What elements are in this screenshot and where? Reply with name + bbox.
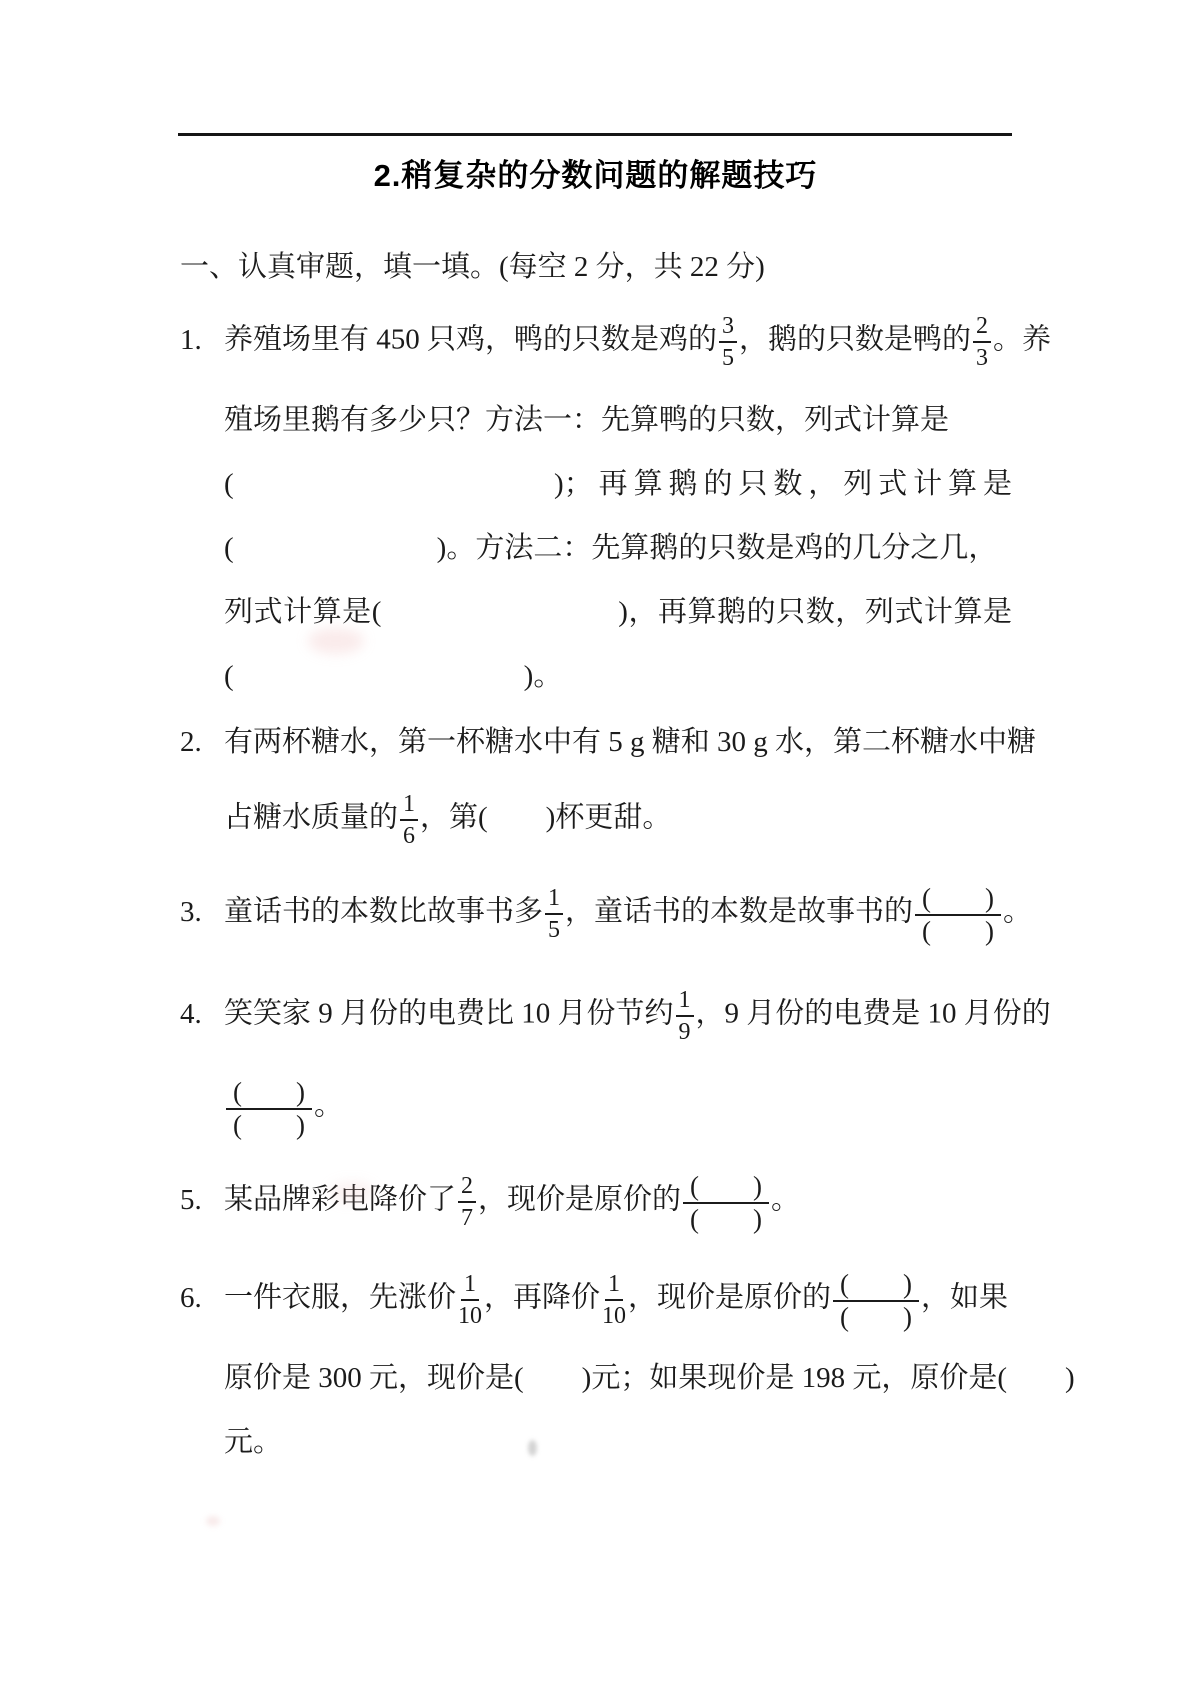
question-line: 4.笑笑家 9 月份的电费比 10 月份节约19，9 月份的电费是 10 月份的 bbox=[224, 970, 1012, 1062]
question: 3.童话书的本数比故事书多15，童话书的本数是故事书的( )( )。 bbox=[180, 868, 1012, 960]
question-line: ( )；再算鹅的只数，列式计算是 bbox=[224, 452, 1012, 516]
text-segment: ( )；再算鹅的只数，列式计算是 bbox=[224, 468, 1012, 500]
fraction: 110 bbox=[602, 1254, 626, 1346]
question: 4.笑笑家 9 月份的电费比 10 月份节约19，9 月份的电费是 10 月份的… bbox=[180, 970, 1012, 1154]
fraction-numerator: ( ) bbox=[915, 884, 1001, 916]
fraction-denominator: 6 bbox=[403, 821, 415, 850]
text-segment: 某品牌彩电降价了 bbox=[224, 1184, 456, 1216]
text-segment: ，现价是原价的 bbox=[478, 1184, 681, 1216]
question-line: 占糖水质量的16，第( )杯更甜。 bbox=[224, 774, 1012, 866]
text-segment: 元。 bbox=[224, 1426, 282, 1458]
text-segment: ，现价是原价的 bbox=[628, 1282, 831, 1314]
question-line: ( )。 bbox=[224, 644, 1012, 708]
fraction: 23 bbox=[973, 296, 991, 388]
text-segment: 列式计算是( )，再算鹅的只数，列式计算是 bbox=[224, 596, 1012, 628]
text-segment: ，如果 bbox=[921, 1282, 1008, 1314]
text-segment: 殖场里鹅有多少只？方法一：先算鸭的只数，列式计算是 bbox=[224, 404, 949, 436]
fraction-denominator: 5 bbox=[722, 343, 734, 372]
question-line: 2.有两杯糖水，第一杯糖水中有 5 g 糖和 30 g 水，第二杯糖水中糖 bbox=[224, 710, 1012, 774]
fraction: 27 bbox=[458, 1156, 476, 1248]
fraction-numerator: 1 bbox=[400, 790, 418, 821]
fraction-numerator: ( ) bbox=[226, 1078, 312, 1110]
blank-fraction: ( )( ) bbox=[915, 868, 1001, 960]
fraction-denominator: ( ) bbox=[690, 1204, 762, 1233]
fraction: 35 bbox=[719, 296, 737, 388]
question-line: 元。 bbox=[224, 1410, 1012, 1474]
text-segment: ( )。 bbox=[224, 660, 562, 692]
text-segment: ，童话书的本数是故事书的 bbox=[565, 896, 913, 928]
text-segment: 。 bbox=[771, 1184, 800, 1216]
fraction: 19 bbox=[676, 970, 694, 1062]
question-number: 6. bbox=[180, 1266, 224, 1330]
question: 6.一件衣服，先涨价110，再降价110，现价是原价的( )( )，如果原价是 … bbox=[180, 1254, 1012, 1474]
top-rule-divider bbox=[178, 133, 1012, 136]
question: 2.有两杯糖水，第一杯糖水中有 5 g 糖和 30 g 水，第二杯糖水中糖占糖水… bbox=[180, 710, 1012, 866]
text-segment: ，第( )杯更甜。 bbox=[420, 802, 671, 834]
fraction-denominator: 7 bbox=[461, 1203, 473, 1232]
question-line: 列式计算是( )，再算鹅的只数，列式计算是 bbox=[224, 580, 1012, 644]
fraction-denominator: ( ) bbox=[840, 1302, 912, 1331]
question-number: 3. bbox=[180, 880, 224, 944]
fraction-numerator: 1 bbox=[676, 986, 694, 1017]
worksheet-content: 一、认真审题，填一填。(每空 2 分，共 22 分) 1.养殖场里有 450 只… bbox=[180, 238, 1012, 1474]
question-line: 5.某品牌彩电降价了27，现价是原价的( )( )。 bbox=[224, 1156, 1012, 1248]
section-heading: 一、认真审题，填一填。(每空 2 分，共 22 分) bbox=[180, 238, 1012, 296]
question-number: 5. bbox=[180, 1168, 224, 1232]
question-line: 原价是 300 元，现价是( )元；如果现价是 198 元，原价是( ) bbox=[224, 1346, 1012, 1410]
fraction-numerator: 1 bbox=[461, 1270, 479, 1301]
scan-artifact bbox=[206, 1516, 220, 1526]
question-line: 6.一件衣服，先涨价110，再降价110，现价是原价的( )( )，如果 bbox=[224, 1254, 1012, 1346]
text-segment: ( )。方法二：先算鹅的只数是鸡的几分之几， bbox=[224, 532, 997, 564]
text-segment: 一件衣服，先涨价 bbox=[224, 1282, 456, 1314]
fraction-denominator: 10 bbox=[458, 1301, 482, 1330]
blank-fraction: ( )( ) bbox=[226, 1062, 312, 1154]
fraction-numerator: 2 bbox=[973, 312, 991, 343]
fraction-numerator: 1 bbox=[545, 884, 563, 915]
fraction-numerator: 1 bbox=[605, 1270, 623, 1301]
fraction-numerator: ( ) bbox=[683, 1172, 769, 1204]
question-line: ( )( )。 bbox=[224, 1062, 1012, 1154]
question: 5.某品牌彩电降价了27，现价是原价的( )( )。 bbox=[180, 1156, 1012, 1248]
question-list: 1.养殖场里有 450 只鸡，鸭的只数是鸡的35，鹅的只数是鸭的23。养殖场里鹅… bbox=[180, 296, 1012, 1474]
question-number: 2. bbox=[180, 710, 224, 774]
question-line: 1.养殖场里有 450 只鸡，鸭的只数是鸡的35，鹅的只数是鸭的23。养 bbox=[224, 296, 1012, 388]
fraction: 15 bbox=[545, 868, 563, 960]
fraction-denominator: 9 bbox=[679, 1017, 691, 1046]
fraction-numerator: 2 bbox=[458, 1172, 476, 1203]
fraction-numerator: ( ) bbox=[833, 1270, 919, 1302]
text-segment: 原价是 300 元，现价是( )元；如果现价是 198 元，原价是( ) bbox=[224, 1362, 1075, 1394]
text-segment: 笑笑家 9 月份的电费比 10 月份节约 bbox=[224, 998, 674, 1030]
text-segment: 。 bbox=[1003, 896, 1032, 928]
text-segment: ，9 月份的电费是 10 月份的 bbox=[696, 998, 1051, 1030]
question: 1.养殖场里有 450 只鸡，鸭的只数是鸡的35，鹅的只数是鸭的23。养殖场里鹅… bbox=[180, 296, 1012, 708]
fraction-denominator: ( ) bbox=[233, 1110, 305, 1139]
question-number: 1. bbox=[180, 308, 224, 372]
text-segment: 有两杯糖水，第一杯糖水中有 5 g 糖和 30 g 水，第二杯糖水中糖 bbox=[224, 726, 1036, 758]
worksheet-page: 2.稍复杂的分数问题的解题技巧 一、认真审题，填一填。(每空 2 分，共 22 … bbox=[0, 0, 1191, 1684]
fraction: 110 bbox=[458, 1254, 482, 1346]
text-segment: ，鹅的只数是鸭的 bbox=[739, 324, 971, 356]
question-line: 殖场里鹅有多少只？方法一：先算鸭的只数，列式计算是 bbox=[224, 388, 1012, 452]
text-segment: 。养 bbox=[993, 324, 1051, 356]
fraction-denominator: 3 bbox=[976, 343, 988, 372]
fraction-denominator: 10 bbox=[602, 1301, 626, 1330]
text-segment: 童话书的本数比故事书多 bbox=[224, 896, 543, 928]
question-line: 3.童话书的本数比故事书多15，童话书的本数是故事书的( )( )。 bbox=[224, 868, 1012, 960]
text-segment: 养殖场里有 450 只鸡，鸭的只数是鸡的 bbox=[224, 324, 717, 356]
blank-fraction: ( )( ) bbox=[833, 1254, 919, 1346]
text-segment: 占糖水质量的 bbox=[224, 802, 398, 834]
fraction-denominator: ( ) bbox=[922, 916, 994, 945]
question-number: 4. bbox=[180, 982, 224, 1046]
page-title: 2.稍复杂的分数问题的解题技巧 bbox=[0, 150, 1191, 195]
question-line: ( )。方法二：先算鹅的只数是鸡的几分之几， bbox=[224, 516, 1012, 580]
fraction-denominator: 5 bbox=[548, 915, 560, 944]
fraction-numerator: 3 bbox=[719, 312, 737, 343]
fraction: 16 bbox=[400, 774, 418, 866]
text-segment: 。 bbox=[314, 1090, 343, 1122]
blank-fraction: ( )( ) bbox=[683, 1156, 769, 1248]
text-segment: ，再降价 bbox=[484, 1282, 600, 1314]
